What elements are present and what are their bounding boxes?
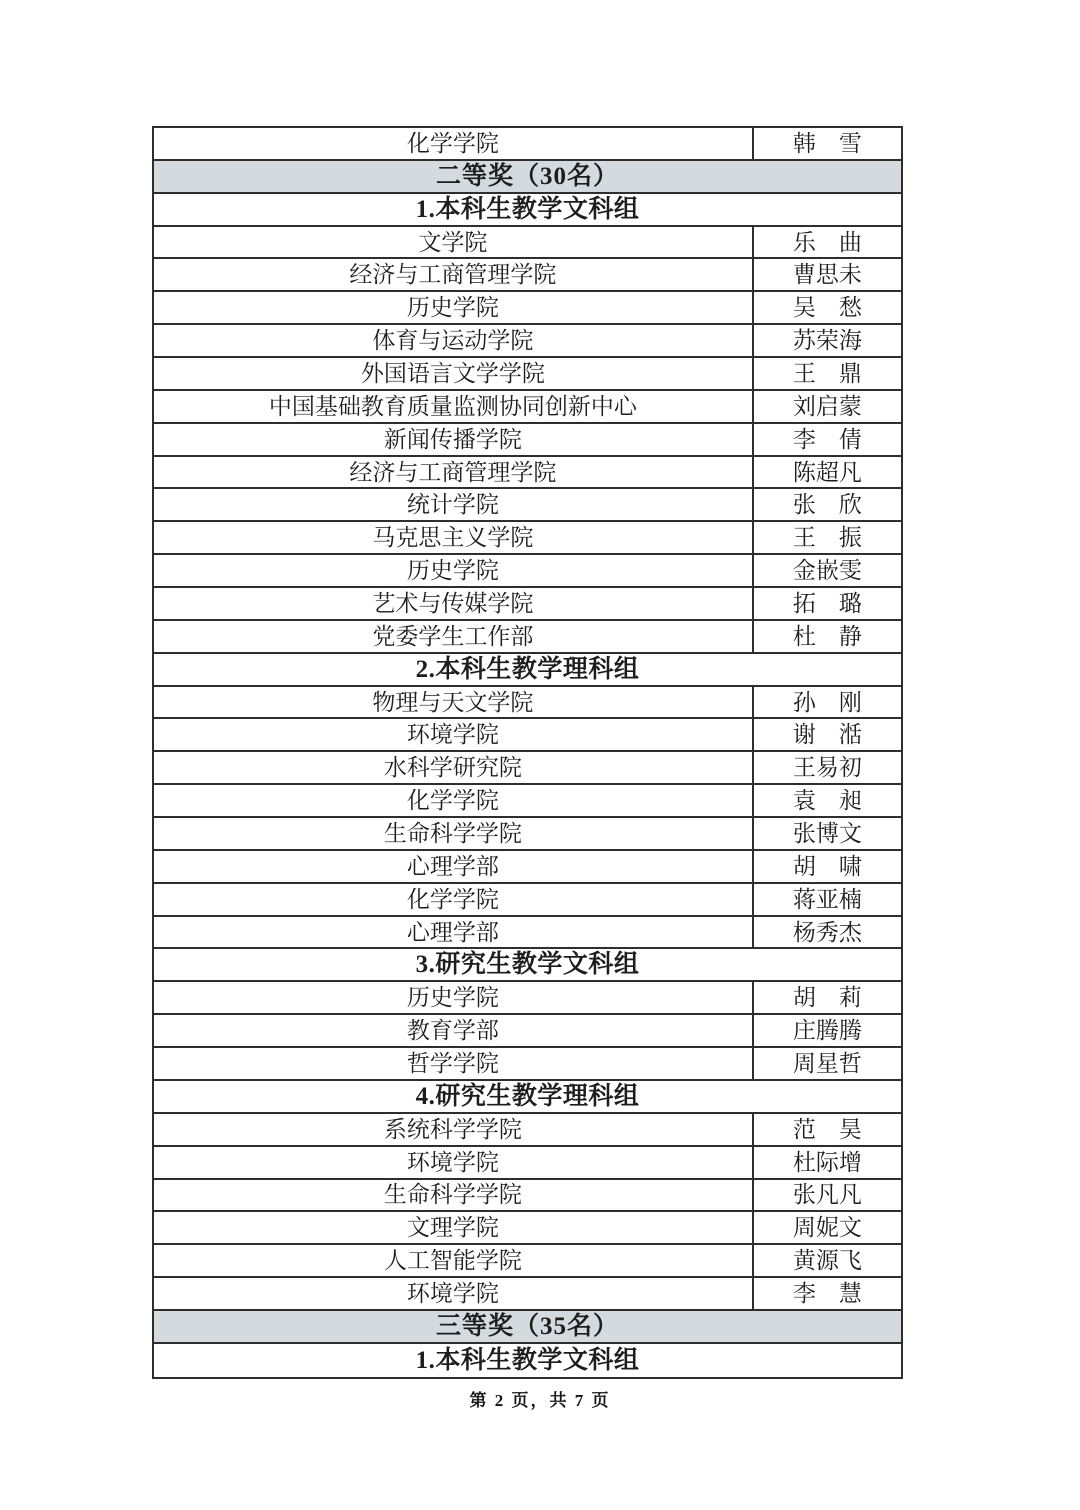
college-cell: 哲学学院	[154, 1048, 754, 1079]
college-cell: 经济与工商管理学院	[154, 259, 754, 290]
college-cell: 人工智能学院	[154, 1245, 754, 1276]
page-number-footer: 第 2 页，共 7 页	[0, 1386, 1080, 1411]
awardee-name-cell: 范 昊	[754, 1114, 901, 1145]
awardee-name-cell: 王 鼎	[754, 358, 901, 389]
college-cell: 文学院	[154, 227, 754, 258]
table-row: 物理与天文学院孙 刚	[154, 687, 901, 720]
group-header-label: 4.研究生教学理科组	[154, 1081, 901, 1112]
college-cell: 统计学院	[154, 489, 754, 520]
college-cell: 环境学院	[154, 719, 754, 750]
awardee-name-cell: 袁 昶	[754, 785, 901, 816]
awardee-name-cell: 刘启蒙	[754, 391, 901, 422]
college-cell: 心理学部	[154, 851, 754, 882]
awardee-name-cell: 苏荣海	[754, 325, 901, 356]
group-header-row: 3.研究生教学文科组	[154, 949, 901, 982]
awardee-name-cell: 杜 静	[754, 621, 901, 652]
awardee-name-cell: 黄源飞	[754, 1245, 901, 1276]
college-cell: 心理学部	[154, 917, 754, 948]
awardee-name-cell: 杨秀杰	[754, 917, 901, 948]
table-row: 哲学学院周星哲	[154, 1048, 901, 1081]
table-row: 教育学部庄腾腾	[154, 1015, 901, 1048]
section-header-row: 二等奖（30名）	[154, 161, 901, 194]
awardee-name-cell: 庄腾腾	[754, 1015, 901, 1046]
table-row: 水科学研究院王易初	[154, 752, 901, 785]
group-header-row: 2.本科生教学理科组	[154, 654, 901, 687]
college-cell: 中国基础教育质量监测协同创新中心	[154, 391, 754, 422]
table-row: 统计学院张 欣	[154, 489, 901, 522]
college-cell: 化学学院	[154, 128, 754, 159]
table-row: 化学学院韩 雪	[154, 128, 901, 161]
table-row: 马克思主义学院王 振	[154, 522, 901, 555]
awardee-name-cell: 孙 刚	[754, 687, 901, 718]
college-cell: 经济与工商管理学院	[154, 457, 754, 488]
college-cell: 外国语言文学学院	[154, 358, 754, 389]
college-cell: 水科学研究院	[154, 752, 754, 783]
table-row: 新闻传播学院李 倩	[154, 424, 901, 457]
awardee-name-cell: 周星哲	[754, 1048, 901, 1079]
college-cell: 教育学部	[154, 1015, 754, 1046]
awardee-name-cell: 金嵌雯	[754, 555, 901, 586]
group-header-row: 1.本科生教学文科组	[154, 194, 901, 227]
table-row: 经济与工商管理学院陈超凡	[154, 457, 901, 490]
college-cell: 生命科学学院	[154, 1180, 754, 1211]
awardee-name-cell: 王 振	[754, 522, 901, 553]
table-row: 经济与工商管理学院曹思未	[154, 259, 901, 292]
awardee-name-cell: 胡 啸	[754, 851, 901, 882]
college-cell: 物理与天文学院	[154, 687, 754, 718]
awardee-name-cell: 胡 莉	[754, 982, 901, 1013]
table-row: 体育与运动学院苏荣海	[154, 325, 901, 358]
group-header-label: 2.本科生教学理科组	[154, 654, 901, 685]
awardee-name-cell: 谢 湉	[754, 719, 901, 750]
awardee-name-cell: 乐 曲	[754, 227, 901, 258]
college-cell: 艺术与传媒学院	[154, 588, 754, 619]
table-row: 环境学院杜际增	[154, 1147, 901, 1180]
table-row: 党委学生工作部杜 静	[154, 621, 901, 654]
document-page: 化学学院韩 雪二等奖（30名）1.本科生教学文科组文学院乐 曲经济与工商管理学院…	[0, 0, 1080, 1510]
college-cell: 环境学院	[154, 1278, 754, 1309]
college-cell: 文理学院	[154, 1212, 754, 1243]
awardee-name-cell: 拓 璐	[754, 588, 901, 619]
group-header-row: 1.本科生教学文科组	[154, 1344, 901, 1377]
awardee-name-cell: 杜际增	[754, 1147, 901, 1178]
college-cell: 化学学院	[154, 785, 754, 816]
table-row: 化学学院袁 昶	[154, 785, 901, 818]
group-header-row: 4.研究生教学理科组	[154, 1081, 901, 1114]
table-row: 艺术与传媒学院拓 璐	[154, 588, 901, 621]
awardee-name-cell: 张 欣	[754, 489, 901, 520]
awardee-name-cell: 李 倩	[754, 424, 901, 455]
table-row: 心理学部杨秀杰	[154, 917, 901, 950]
table-row: 心理学部胡 啸	[154, 851, 901, 884]
college-cell: 体育与运动学院	[154, 325, 754, 356]
awardee-name-cell: 李 慧	[754, 1278, 901, 1309]
section-header-label: 三等奖（35名）	[154, 1311, 901, 1342]
table-row: 人工智能学院黄源飞	[154, 1245, 901, 1278]
college-cell: 历史学院	[154, 555, 754, 586]
section-header-label: 二等奖（30名）	[154, 161, 901, 192]
college-cell: 历史学院	[154, 982, 754, 1013]
college-cell: 环境学院	[154, 1147, 754, 1178]
awardee-name-cell: 吴 愁	[754, 292, 901, 323]
college-cell: 历史学院	[154, 292, 754, 323]
group-header-label: 1.本科生教学文科组	[154, 194, 901, 225]
table-row: 文学院乐 曲	[154, 227, 901, 260]
award-table: 化学学院韩 雪二等奖（30名）1.本科生教学文科组文学院乐 曲经济与工商管理学院…	[152, 126, 903, 1379]
awardee-name-cell: 周妮文	[754, 1212, 901, 1243]
awardee-name-cell: 曹思未	[754, 259, 901, 290]
college-cell: 化学学院	[154, 884, 754, 915]
college-cell: 生命科学学院	[154, 818, 754, 849]
awardee-name-cell: 张博文	[754, 818, 901, 849]
table-row: 历史学院吴 愁	[154, 292, 901, 325]
section-header-row: 三等奖（35名）	[154, 1311, 901, 1344]
awardee-name-cell: 王易初	[754, 752, 901, 783]
table-row: 环境学院李 慧	[154, 1278, 901, 1311]
table-row: 化学学院蒋亚楠	[154, 884, 901, 917]
table-row: 系统科学学院范 昊	[154, 1114, 901, 1147]
table-row: 生命科学学院张博文	[154, 818, 901, 851]
college-cell: 新闻传播学院	[154, 424, 754, 455]
group-header-label: 1.本科生教学文科组	[154, 1344, 901, 1377]
table-row: 历史学院金嵌雯	[154, 555, 901, 588]
awardee-name-cell: 韩 雪	[754, 128, 901, 159]
awardee-name-cell: 陈超凡	[754, 457, 901, 488]
college-cell: 马克思主义学院	[154, 522, 754, 553]
college-cell: 党委学生工作部	[154, 621, 754, 652]
college-cell: 系统科学学院	[154, 1114, 754, 1145]
table-row: 外国语言文学学院王 鼎	[154, 358, 901, 391]
awardee-name-cell: 张凡凡	[754, 1180, 901, 1211]
awardee-name-cell: 蒋亚楠	[754, 884, 901, 915]
table-row: 环境学院谢 湉	[154, 719, 901, 752]
table-row: 生命科学学院张凡凡	[154, 1180, 901, 1213]
table-row: 历史学院胡 莉	[154, 982, 901, 1015]
group-header-label: 3.研究生教学文科组	[154, 949, 901, 980]
table-row: 文理学院周妮文	[154, 1212, 901, 1245]
table-row: 中国基础教育质量监测协同创新中心刘启蒙	[154, 391, 901, 424]
